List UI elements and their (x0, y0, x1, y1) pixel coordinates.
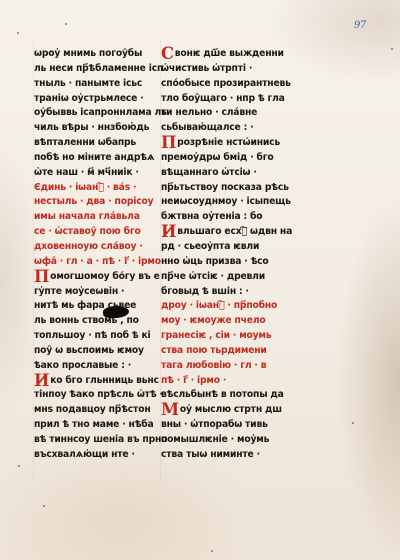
text-line: гу҆пте моу҆сеѡвін · (34, 285, 157, 300)
text-line: ѣако прославые : · (34, 359, 157, 374)
text-line-mixed: ѡ҆те наш · м҃ мч҃ниік · (34, 166, 157, 181)
text-line: оу҆быввь ісапроннлама ль (34, 106, 157, 121)
text-line: вѣ тиннсоу шеніа въ прно (34, 433, 157, 448)
text-line-with-initial: Свонѥ дш҃е выжденни (161, 47, 288, 62)
text-line-with-initial: Моу҆ мыслю стртн дш (161, 403, 288, 418)
text-line-content: розрѣніе нстѡ́инись (177, 137, 280, 148)
parchment-speck (65, 23, 67, 25)
text-line: траніѡ оу҆стрьмлесе · (34, 92, 157, 107)
text-line: помышлѥніе · моу҆мь (161, 433, 288, 448)
rubric-line: имы начала гла́вьла (34, 210, 157, 225)
red-initial-letter: П (34, 271, 49, 283)
text-line: ль воннь ствомь , по (34, 314, 157, 329)
text-line-with-initial: Помогшомоу бо́гу въ е (34, 270, 157, 285)
red-initial-letter: П (161, 137, 176, 149)
text-line-content: ко бго гльнниць вьнс (50, 375, 159, 386)
text-line: пр҃че ѡ҆тсіѥ · древли (161, 270, 288, 285)
red-initial-letter: С (161, 48, 174, 60)
text-line: спо́обысе прозирантневь (161, 77, 288, 92)
text-line: нно ѡ҆ць призва · ѣсо (161, 255, 288, 270)
text-line: неиѡсоуднмоу · ісыпещь (161, 195, 288, 210)
red-initial-letter: М (161, 404, 179, 416)
text-line: прил ѣ тно маме · нѣба (34, 418, 157, 433)
text-line: ль неси пр҃ѣбламенне ісп (34, 62, 157, 77)
text-line-with-initial: Ико бго гльнниць вьнс (34, 374, 157, 389)
text-line: вны · ѡ҆тпорабѡ тивь (161, 418, 288, 433)
parchment-speck (352, 422, 354, 424)
text-line: премоу҆дрѡ бмід · бго (161, 151, 288, 166)
text-line: вѣщаннаго ѡ҆тсіѡ · (161, 166, 288, 181)
text-line: сьбываю҆щалсе : · (161, 121, 288, 136)
text-line: въсхвалѧю҆щи нте · (34, 448, 157, 463)
text-line-content: омогшомоу бо́гу въ е (50, 271, 160, 282)
text-line-with-initial: Прозрѣніе нстѡ́инись (161, 136, 288, 151)
text-line: нитѣ мь фара сьвее (34, 299, 157, 314)
parchment-speck (43, 505, 45, 507)
rubric-line: пѣ · г҃ · ірмо · (161, 374, 288, 389)
text-line: тінпоу ѣако прѣсль ѡ҆тѣ · (34, 388, 157, 403)
text-line: бговыд ѣ вшін : · (161, 285, 288, 300)
text-line: побѣ но міните андрѣѧ (34, 151, 157, 166)
text-line-mixed: вѣсльбынѣ в потопы да (161, 388, 288, 403)
text-line-content: оу҆ мыслю стртн дш (180, 404, 282, 415)
rubric-line: ѡфа̑ · гл · а · пѣ · г҃ · ірмо · (34, 255, 157, 270)
text-line: мнѕ подавцоу пр҃ѣстон (34, 403, 157, 418)
parchment-speck (391, 48, 393, 50)
left-text-column: ѡроу҆ мнимь погоу̑бы ль неси пр҃ѣбламенн… (34, 47, 162, 463)
text-line: ѡ҆чистивь ѡ҆трпті · (161, 62, 288, 77)
rubric-line: дроу · іѡанⷩ҇ · пр҃побно (161, 299, 288, 314)
rubric-line: гранесіѥ , сіи · моумь (161, 329, 288, 344)
folio-number: 97 (354, 20, 366, 31)
text-line-mixed: бжтвна оу҆теніа : бо (161, 210, 288, 225)
text-line: рд · сьеоу҆пта ѥвли (161, 240, 288, 255)
rubric-line: тага любовію · гл · в (161, 359, 288, 374)
text-line: вѣпталенни ѡбапрь (34, 136, 157, 151)
text-line-content: вльшаго есхⷭ҇ ѡдвн на (177, 226, 292, 237)
text-line: пр҃ьтьствоу посказа рѣсь (161, 181, 288, 196)
text-line-content: вонѥ дш҃е выжденни (175, 48, 284, 59)
manuscript-page: 97 ѡроу҆ мнимь погоу̑бы ль неси пр҃ѣблам… (0, 0, 400, 560)
rubric-line: се · ѡ҆ставоу̑ пою бго (34, 225, 157, 240)
right-text-column: Свонѥ дш҃е выжденни ѡ҆чистивь ѡ҆трпті · … (161, 47, 293, 463)
text-line: чиль вѣры · ннзбою҆дь (34, 121, 157, 136)
rubric-line: Єдинь · і҆ѡанⷩ҇ · ва́ѕ · (34, 181, 157, 196)
parchment-speck (211, 550, 213, 552)
text-line: топльшоу · пѣ поб ѣ кі (34, 329, 157, 344)
parchment-speck (17, 32, 19, 34)
text-line: ѡроу҆ мнимь погоу̑бы (34, 47, 157, 62)
text-line: ти нельно · сла́вне (161, 106, 288, 121)
text-line-with-initial: Ивльшаго есхⷭ҇ ѡдвн на (161, 225, 288, 240)
red-initial-letter: И (34, 375, 49, 387)
rubric-line: моу · ѥмоуже пчело (161, 314, 288, 329)
rubric-line: нестыль · два · порісоу (34, 195, 157, 210)
text-line: тло боу̑щаго · нпр ѣ гла (161, 92, 288, 107)
text-line: тныль · панымте ісьс (34, 77, 157, 92)
rubric-line: ства пою тьрдимени (161, 344, 288, 359)
text-line: ства тыѡ ниминте · (161, 448, 288, 463)
text-line: поу̑ ѡ вьспоимь ѥмоу (34, 344, 157, 359)
rubric-line: дховенноую сла́воу · (34, 240, 157, 255)
red-initial-letter: И (161, 226, 176, 238)
parchment-speck (18, 465, 20, 467)
